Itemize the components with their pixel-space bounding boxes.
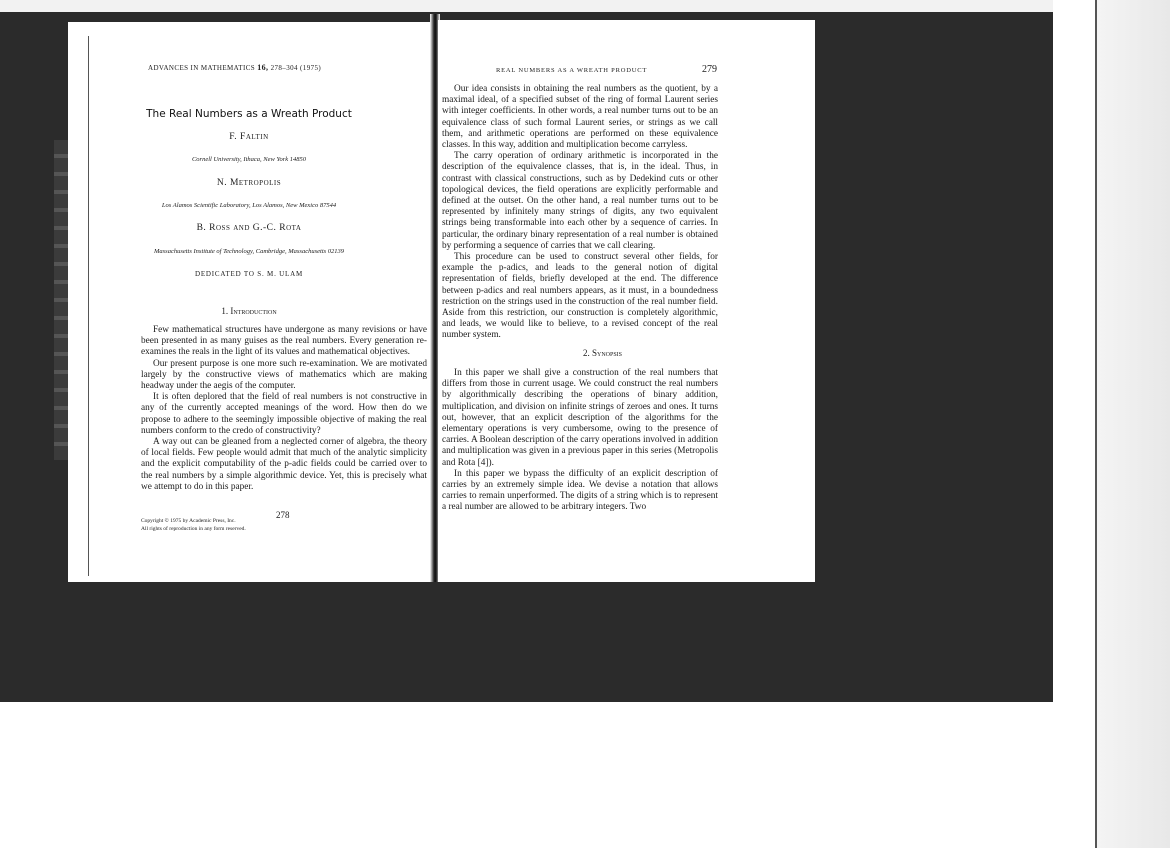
running-head: REAL NUMBERS AS A WREATH PRODUCT (496, 67, 647, 74)
journal-pages-year: 278–304 (1975) (271, 64, 322, 72)
intro-continuation-body: Our idea consists in obtaining the real … (442, 84, 718, 342)
affiliation-2: Los Alamos Scientific Laboratory, Los Al… (68, 202, 430, 209)
paragraph: This procedure can be used to construct … (442, 252, 718, 342)
affiliation-3: Massachusetts Institute of Technology, C… (68, 248, 430, 255)
page-number: 279 (702, 64, 717, 75)
scanner-margin-sheet (1053, 0, 1097, 848)
journal-volume: 16, (257, 63, 268, 72)
section-heading-introduction: 1. Introduction (68, 306, 430, 316)
dedication: DEDICATED TO S. M. ULAM (68, 270, 430, 278)
section-heading-synopsis: 2. Synopsis (414, 348, 791, 358)
author-1: F. Faltin (68, 132, 430, 142)
affiliation-1: Cornell University, Ithaca, New York 148… (68, 156, 430, 163)
paper-title: The Real Numbers as a Wreath Product (68, 108, 430, 120)
paragraph: In this paper we shall give a constructi… (442, 368, 718, 469)
page-279: REAL NUMBERS AS A WREATH PRODUCT 279 Our… (438, 20, 815, 582)
journal-name: Advances in Mathematics (148, 64, 255, 72)
scanner-edge-strip (1097, 0, 1170, 848)
paragraph: Our present purpose is one more such re-… (141, 359, 427, 393)
page-278: Advances in Mathematics 16, 278–304 (197… (68, 22, 430, 582)
introduction-body: Few mathematical structures have undergo… (141, 325, 427, 493)
page-number: 278 (276, 510, 290, 520)
paragraph: Few mathematical structures have undergo… (141, 325, 427, 359)
copyright-notice: Copyright © 1975 by Academic Press, Inc.… (141, 518, 246, 533)
synopsis-body: In this paper we shall give a constructi… (442, 368, 718, 514)
page-edge-line (88, 36, 89, 576)
author-2: N. Metropolis (68, 178, 430, 188)
rights-line: All rights of reproduction in any form r… (141, 526, 246, 534)
paragraph: It is often deplored that the field of r… (141, 392, 427, 437)
paragraph: A way out can be gleaned from a neglecte… (141, 437, 427, 493)
journal-running-head: Advances in Mathematics 16, 278–304 (197… (148, 63, 321, 72)
paragraph: The carry operation of ordinary arithmet… (442, 151, 718, 252)
paragraph: Our idea consists in obtaining the real … (442, 84, 718, 151)
paragraph: In this paper we bypass the difficulty o… (442, 469, 718, 514)
copyright-line: Copyright © 1975 by Academic Press, Inc. (141, 518, 246, 526)
author-3: B. Ross and G.-C. Rota (68, 223, 430, 233)
